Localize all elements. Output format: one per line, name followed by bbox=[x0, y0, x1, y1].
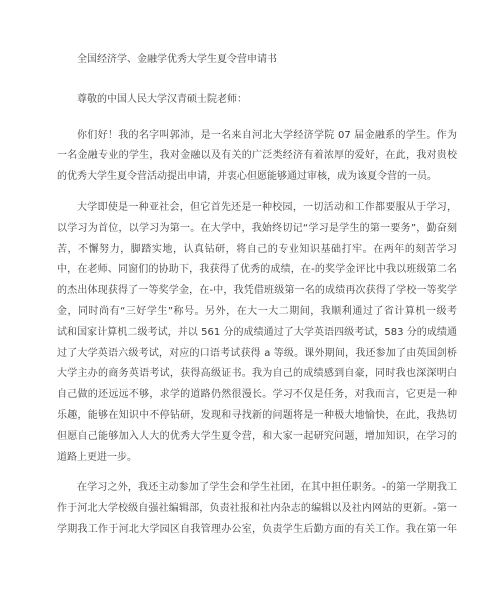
text-line: 金，同时尚有“三好学生”称号。另外，在大一大二期间，我顺利通过了省计算机一级考 bbox=[57, 302, 457, 323]
text-line: 过了大学英语六级考试，对应的口语考试获得 a 等级。课外期间，我还参加了由英国剑… bbox=[57, 344, 457, 365]
text-line: 中，在老师、同窗们的协助下，我获得了优秀的成绩，在-的奖学金评比中我以班级第二名 bbox=[57, 260, 457, 281]
paragraph-activities: 在学习之外，我还主动参加了学生会和学生社团，在其中担任职务。-的第一学期我工 作… bbox=[57, 478, 457, 540]
paragraph-study: 大学即使是一种亚社会，但它首先还是一种校园，一切活动和工作都要服从于学习， 以学… bbox=[57, 198, 457, 468]
text-line: 但愿自己能够加入人大的优秀大学生夏令营，和大家一起研究问题，增加知识，在学习的 bbox=[57, 427, 457, 448]
document-page: 全国经济学、金融学优秀大学生夏令营申请书 尊敬的中国人民大学汉青硕士院老师： 你… bbox=[0, 0, 500, 594]
text-line: 大学主办的商务英语考试，获得高级证书。我为自己的成绩感到自豪，同时我也深深明白 bbox=[57, 364, 457, 385]
document-title: 全国经济学、金融学优秀大学生夏令营申请书 bbox=[57, 50, 457, 71]
text-line: 大学即使是一种亚社会，但它首先还是一种校园，一切活动和工作都要服从于学习， bbox=[57, 198, 457, 219]
document-body: 全国经济学、金融学优秀大学生夏令营申请书 尊敬的中国人民大学汉青硕士院老师： 你… bbox=[57, 50, 457, 541]
text-line: 在学习之外，我还主动参加了学生会和学生社团，在其中担任职务。-的第一学期我工 bbox=[57, 478, 457, 499]
text-line: 试和国家计算机二级考试，并以 561 分的成绩通过了大学英语四级考试，583 分… bbox=[57, 323, 457, 344]
text-line: 的杰出体现获得了一等奖学金，在-中，我凭借班级第一名的成绩再次获得了学校一等奖学 bbox=[57, 281, 457, 302]
text-line: 学期我工作于河北大学园区自我管理办公室，负责学生后勤方面的有关工作。我在第一年 bbox=[57, 520, 457, 541]
text-line: 作于河北大学校级自强社编辑部，负责社报和社内杂志的编辑以及社内网站的更新。-第一 bbox=[57, 499, 457, 520]
text-line: 苦，不懈努力，脚踏实地，认真钻研，将自己的专业知识基础打牢。在两年的刻苦学习 bbox=[57, 240, 457, 261]
paragraph-intro: 你们好！我的名字叫郭沛，是一名来自河北大学经济学院 07 届金融系的学生。作为 … bbox=[57, 126, 457, 188]
text-line: 以学习为首位，以学习为第一。在大学中，我始终切记“学习是学生的第一要务”，勤奋刻 bbox=[57, 219, 457, 240]
text-line: 自己做的还远远不够，求学的道路仍然很漫长。学习不仅是任务，对我而言，它更是一种 bbox=[57, 385, 457, 406]
text-line: 一名金融专业的学生，我对金融以及有关的广泛类经济有着浓厚的爱好，在此，我对贵校 bbox=[57, 146, 457, 167]
salutation-line: 尊敬的中国人民大学汉青硕士院老师： bbox=[57, 90, 457, 111]
text-line: 道路上更进一步。 bbox=[57, 448, 457, 469]
text-line: 乐趣，能够在知识中不停钻研，发现和寻找新的问题将是一种极大地愉快，在此，我热切 bbox=[57, 406, 457, 427]
text-line: 你们好！我的名字叫郭沛，是一名来自河北大学经济学院 07 届金融系的学生。作为 bbox=[57, 126, 457, 147]
text-line: 的优秀大学生夏令营活动提出申请，并衷心但愿能够通过审核，成为该夏令营的一员。 bbox=[57, 167, 457, 188]
